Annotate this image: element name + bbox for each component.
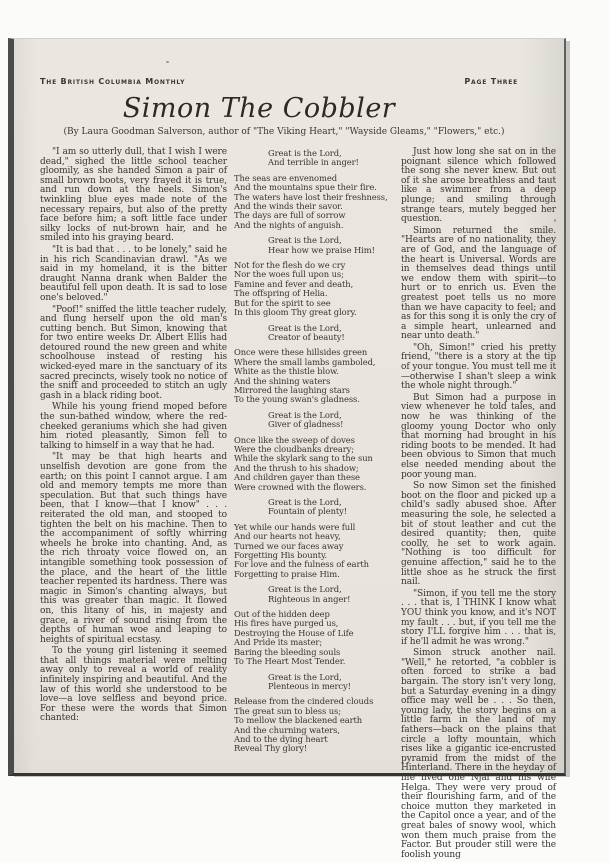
poem-line: Creator of beauty!	[268, 333, 394, 342]
poem-stanza-verse: Release from the cindered cloudsThe grea…	[234, 697, 394, 753]
poem-stanza-refrain: Great is the Lord,And terrible in anger!	[234, 149, 394, 168]
publication-name: The British Columbia Monthly	[40, 77, 185, 86]
poem-line: Plenteous in mercy!	[268, 682, 394, 691]
article-byline: (By Laura Goodman Salverson, author of "…	[14, 127, 554, 137]
paragraph: "Simon, if you tell me the story . . . t…	[401, 590, 556, 648]
poem-stanza-verse: Once were these hillsides greenWhere the…	[234, 348, 394, 404]
column-left: "I am so utterly dull, that I wish I wer…	[40, 148, 227, 800]
poem-line: Forgetting to praise Him.	[234, 570, 394, 579]
poem-stanza-verse: Yet while our hands were fullAnd our hea…	[234, 523, 394, 579]
poem-line: Hear how we praise Him!	[268, 246, 394, 255]
paragraph: To the young girl listening it seemed th…	[40, 647, 227, 724]
paragraph: So now Simon set the finished boot on th…	[401, 482, 556, 588]
paragraph: "Poof!" sniffed the little teacher rudel…	[40, 306, 227, 402]
magazine-page: The British Columbia Monthly Page Three …	[8, 38, 566, 776]
article-title: Simon The Cobbler	[14, 93, 504, 124]
poem-stanza-verse: Not for the flesh do we cryNor the woes …	[234, 261, 394, 317]
poem-stanza-verse: Once like the sweep of dovesWere the clo…	[234, 436, 394, 492]
poem-line: Were crowned with the flowers.	[234, 483, 394, 492]
poem-stanza-refrain: Great is the Lord,Hear how we praise Him…	[234, 236, 394, 255]
poem-line: Fountain of plenty!	[268, 507, 394, 516]
poem-stanza-refrain: Great is the Lord,Righteous in anger!	[234, 585, 394, 604]
masthead: The British Columbia Monthly Page Three	[14, 39, 564, 86]
poem-stanza-refrain: Great is the Lord,Creator of beauty!	[234, 324, 394, 343]
poem-line: To the young swan's gladness.	[234, 395, 394, 404]
poem-line: Righteous in anger!	[268, 595, 394, 604]
column-middle: Great is the Lord,And terrible in anger!…	[234, 148, 394, 800]
page-number: Page Three	[464, 77, 518, 86]
poem-line: In this gloom Thy great glory.	[234, 308, 394, 317]
scan-speck	[166, 61, 169, 63]
scan-speck	[554, 219, 556, 222]
poem-line: And the nights of anguish.	[234, 221, 394, 230]
paragraph: Simon struck another nail. "Well," he re…	[401, 649, 556, 800]
poem-stanza-refrain: Great is the Lord,Fountain of plenty!	[234, 498, 394, 517]
column-right: Just how long she sat on in the poignant…	[401, 148, 556, 800]
poem-line: Giver of gladness!	[268, 420, 394, 429]
poem-line: And terrible in anger!	[268, 158, 394, 167]
paragraph: But Simon had a purpose in view whenever…	[401, 394, 556, 480]
paragraph: While his young friend moped before the …	[40, 403, 227, 451]
poem-stanza-refrain: Great is the Lord,Giver of gladness!	[234, 411, 394, 430]
paragraph: "It is bad that . . . to be lonely," sai…	[40, 246, 227, 304]
paragraph: "I am so utterly dull, that I wish I wer…	[40, 148, 227, 244]
poem-stanza-verse: Out of the hidden deepHis fires have pur…	[234, 610, 394, 666]
poem-line: Reveal Thy glory!	[234, 744, 394, 753]
paragraph: Just how long she sat on in the poignant…	[401, 148, 556, 225]
paragraph: Simon returned the smile. "Hearts are of…	[401, 227, 556, 342]
poem-stanza-refrain: Great is the Lord,Plenteous in mercy!	[234, 673, 394, 692]
paragraph: "Oh, Simon!" cried his pretty friend, "t…	[401, 344, 556, 392]
paragraph: "It may be that high hearts and unselfis…	[40, 453, 227, 645]
poem-line: To The Heart Most Tender.	[234, 657, 394, 666]
article-columns: "I am so utterly dull, that I wish I wer…	[14, 137, 564, 800]
poem-stanza-verse: The seas are envenomedAnd the mountains …	[234, 174, 394, 230]
